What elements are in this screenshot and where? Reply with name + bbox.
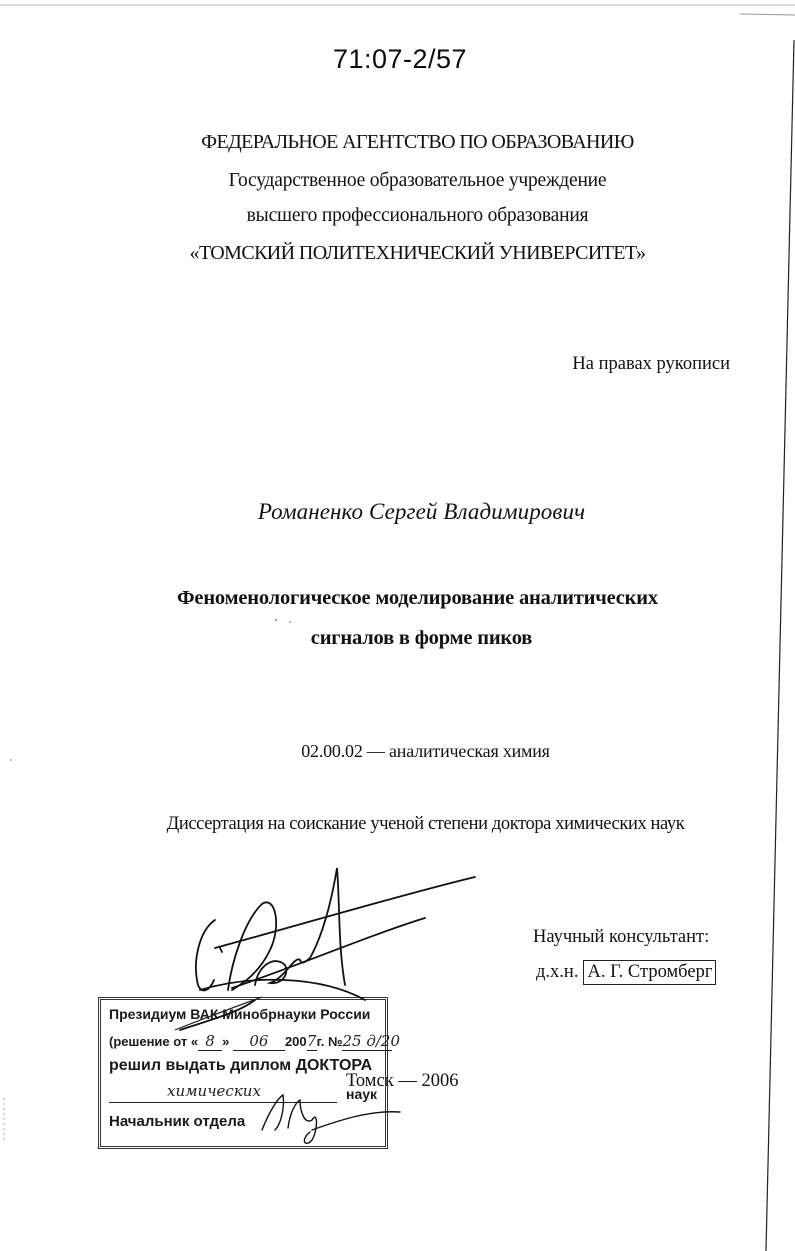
stamp-decision-month: 06 xyxy=(233,1032,285,1051)
dissertation-title-line-2: сигналов в форме пиков xyxy=(24,627,795,650)
institution-type-line-2: высшего профессионального образования xyxy=(20,205,795,227)
stamp-decision-line: (решение от «8» 062007г. №25 д/20 xyxy=(109,1032,392,1051)
scan-speck xyxy=(275,619,277,621)
consultant-row: д.х.н. А. Г. Стромберг xyxy=(536,960,716,985)
university-name: «ТОМСКИЙ ПОЛИТЕХНИЧЕСКИЙ УНИВЕРСИТЕТ» xyxy=(20,242,795,265)
stamp-decision-text: решил выдать диплом ДОКТОРА xyxy=(109,1057,372,1075)
stamp-decision-year-prefix: 200 xyxy=(285,1034,307,1049)
scan-speck xyxy=(10,759,12,761)
author-name: Романенко Сергей Владимирович xyxy=(24,499,795,525)
consultant-label: Научный консультант: xyxy=(533,927,709,948)
vak-approval-stamp: Президиум ВАК Минобрнауки России (решени… xyxy=(98,997,388,1149)
stamp-field-suffix: наук xyxy=(346,1086,377,1102)
agency-name: ФЕДЕРАЛЬНОЕ АГЕНТСТВО ПО ОБРАЗОВАНИЮ xyxy=(20,131,795,154)
speciality-code: 02.00.02 — аналитическая химия xyxy=(28,741,795,762)
manuscript-rights-note: На правах рукописи xyxy=(572,354,730,375)
stamp-decision-year-digit: 7 xyxy=(307,1032,317,1051)
stamp-decision-prefix: (решение от « xyxy=(109,1034,198,1049)
consultant-name: А. Г. Стромберг xyxy=(583,960,716,985)
stamp-decision-day: 8 xyxy=(198,1032,222,1051)
stamp-decision-mid: » xyxy=(222,1034,229,1049)
stamp-decision-year-suffix: г. № xyxy=(317,1034,343,1049)
consultant-title: д.х.н. xyxy=(536,962,578,983)
dissertation-title-line-1: Феноменологическое моделирование аналити… xyxy=(20,587,795,610)
stamp-head-label: Начальник отдела xyxy=(109,1113,245,1130)
stamp-presidium-line: Президиум ВАК Минобрнауки России xyxy=(109,1006,370,1022)
catalog-number: 71:07-2/57 xyxy=(300,44,500,75)
degree-statement: Диссертация на соискание ученой степени … xyxy=(28,814,795,835)
institution-type-line-1: Государственное образовательное учрежден… xyxy=(20,170,795,192)
stamp-field-handwritten: химических xyxy=(167,1082,261,1100)
stamp-decision-number: 25 д/20 xyxy=(342,1032,392,1051)
stamp-field-underline xyxy=(109,1102,337,1103)
page-corner-edge xyxy=(740,14,795,15)
scan-speck xyxy=(289,621,291,623)
